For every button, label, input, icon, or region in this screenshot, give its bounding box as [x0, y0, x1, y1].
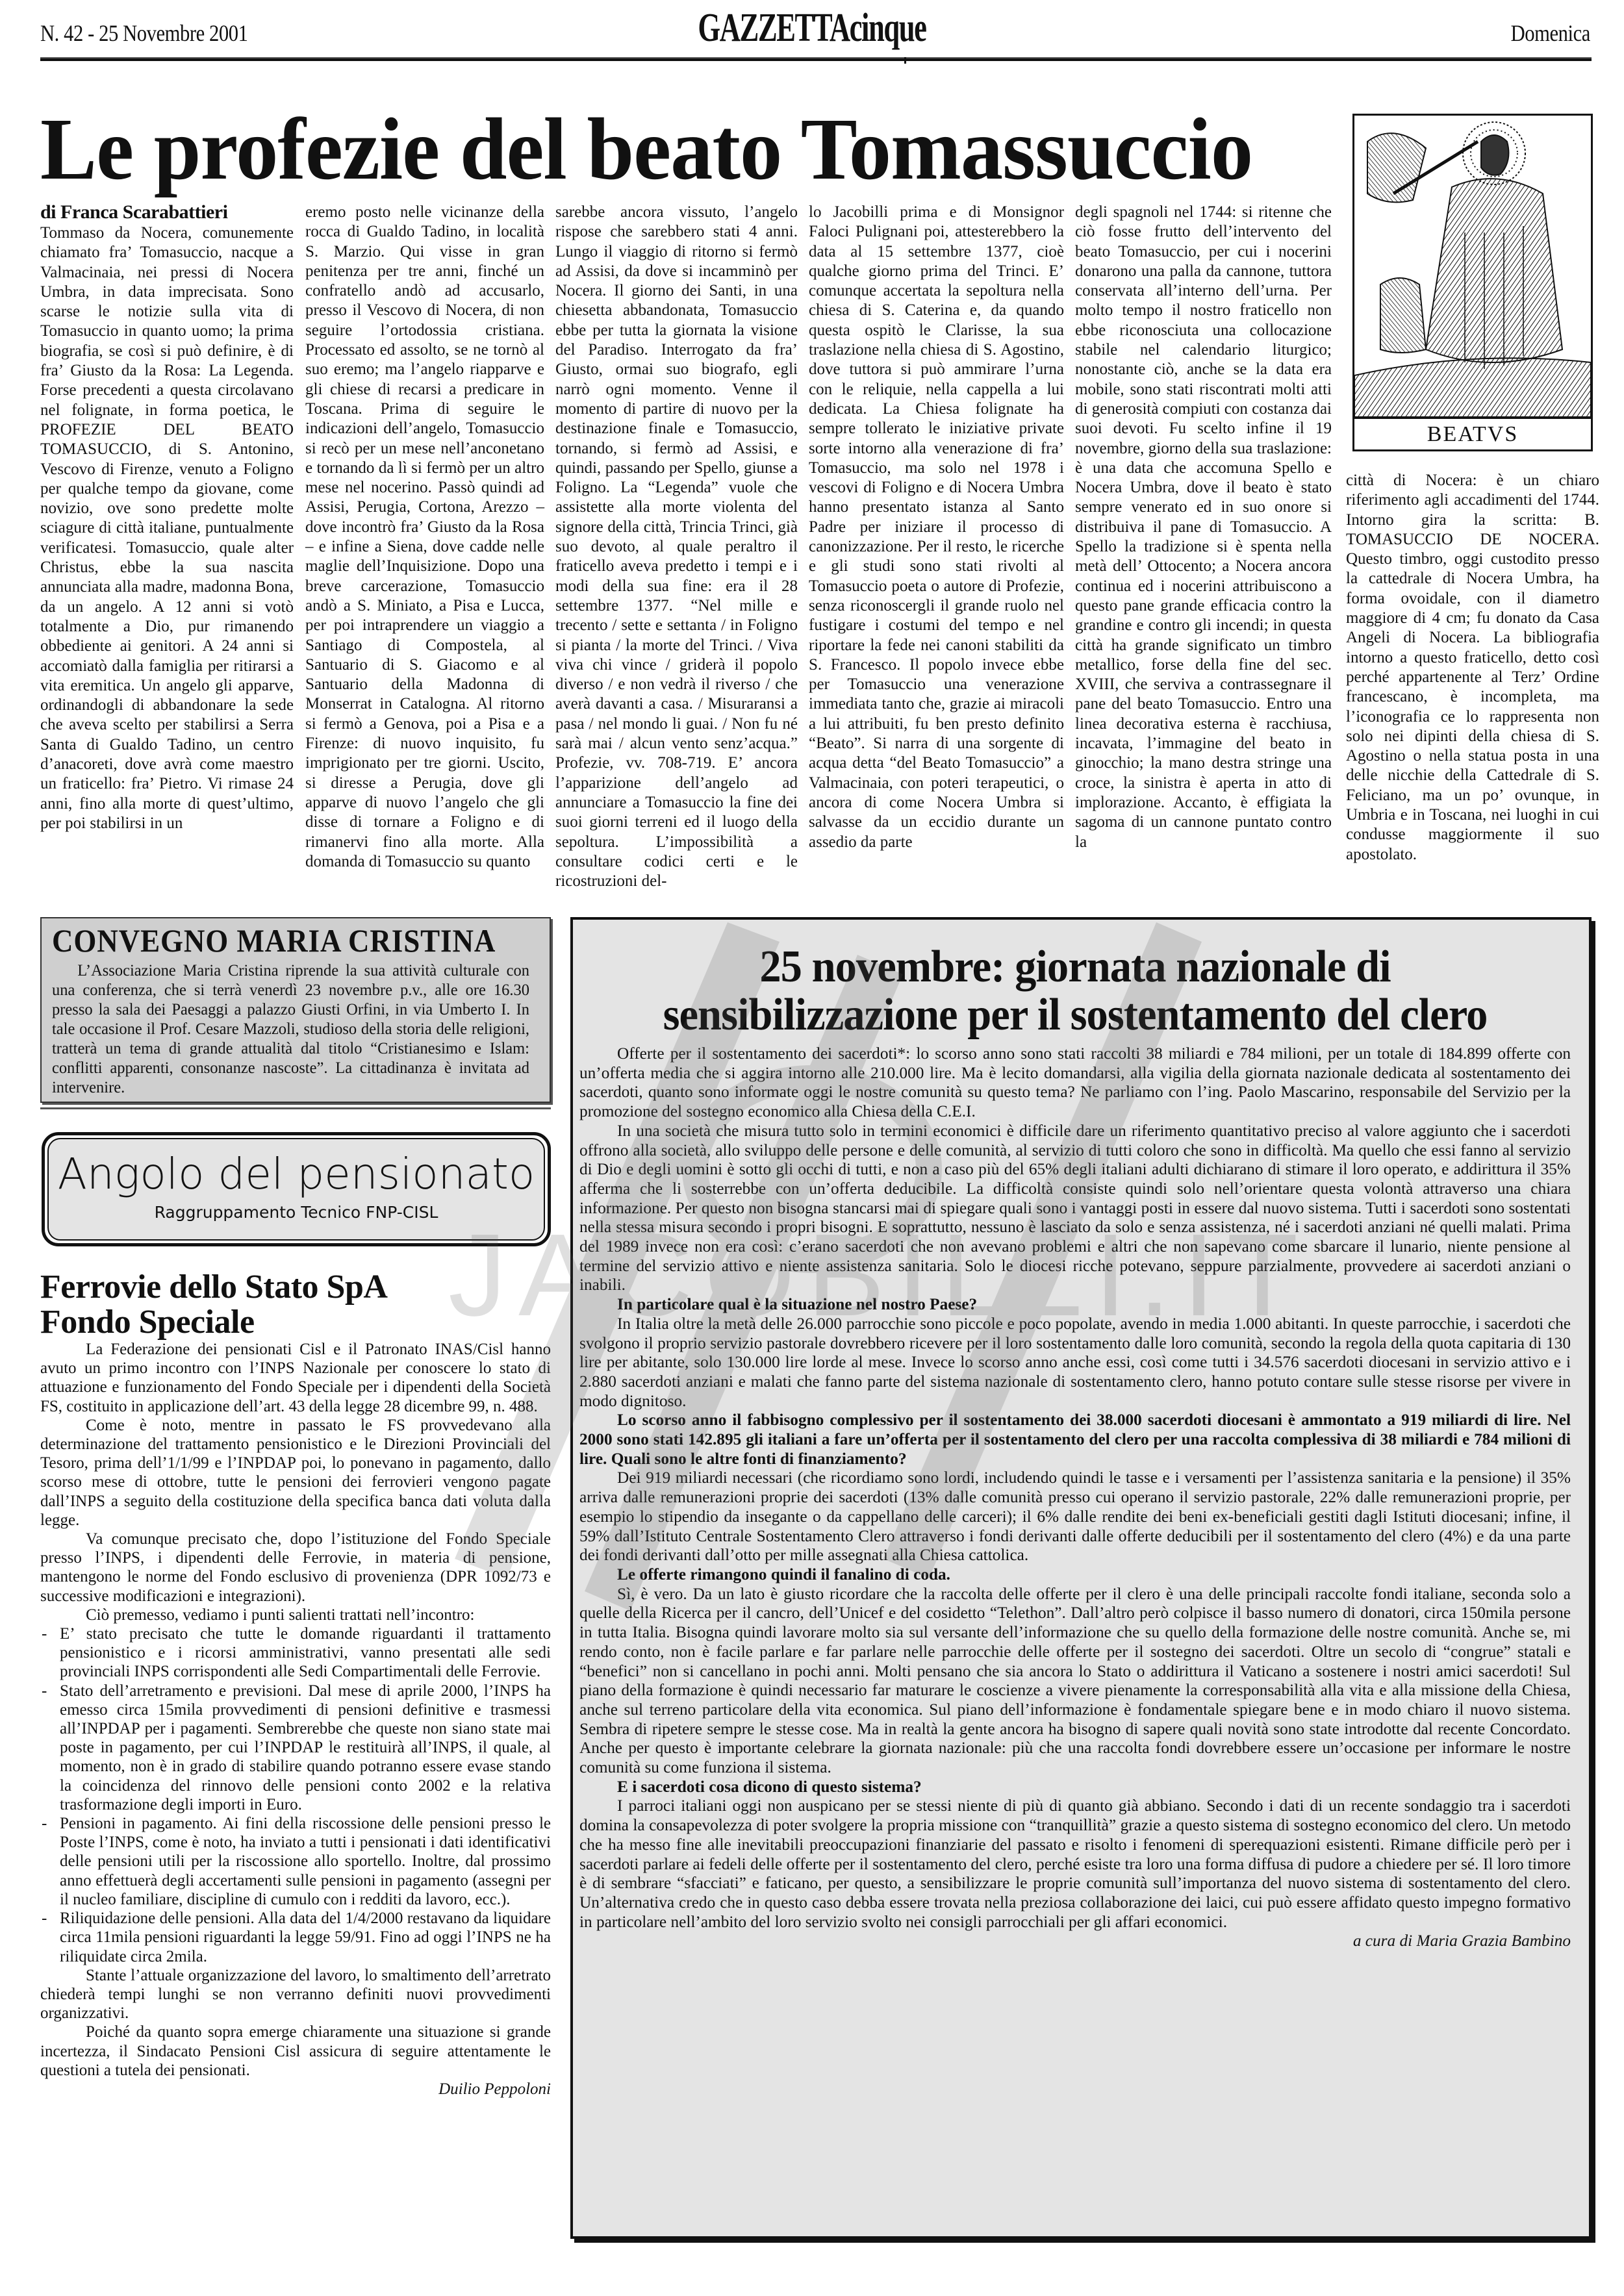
ferrovie-points-list: E’ stato precisato che tutte le domande … [40, 1624, 551, 1966]
newspaper-name: GAZZETTA [698, 6, 849, 50]
convegno-notice-box: CONVEGNO MARIA CRISTINA L’Associazione M… [40, 917, 551, 1103]
ferrovie-paragraph: Come è noto, mentre in passato le FS pro… [40, 1416, 551, 1530]
convegno-title: CONVEGNO MARIA CRISTINA [52, 922, 490, 959]
ferrovie-point: E’ stato precisato che tutte le domande … [40, 1624, 551, 1682]
clero-question: In particolare qual è la situazione nel … [579, 1295, 1571, 1315]
clero-question: E i sacerdoti cosa dicono di questo sist… [579, 1778, 1571, 1797]
ferrovie-paragraph: La Federazione dei pensionati Cisl e il … [40, 1340, 551, 1416]
lead-article-column-2: eremo posto nelle vicinanze della rocca … [305, 203, 544, 872]
woodcut-portrait-icon [1354, 116, 1591, 417]
issue-number-date: N. 42 - 25 Novembre 2001 [40, 19, 248, 47]
ferrovie-signature: Duilio Peppoloni [40, 2080, 551, 2099]
lead-headline: Le profezie del beato Tomassuccio [40, 104, 1275, 195]
ferrovie-point: Riliquidazione delle pensioni. Alla data… [40, 1909, 551, 1966]
lead-article-text: Tommaso da Nocera, comunemente chiamato … [40, 223, 294, 833]
ferrovie-paragraph: Stante l’attuale organizzazione del lavo… [40, 1966, 551, 2023]
lead-article-column-3: sarebbe ancora vissuto, l’angelo rispose… [555, 203, 798, 891]
clero-article-body: Offerte per il sostentamento dei sacerdo… [579, 1044, 1571, 1951]
ferrovie-article-body: La Federazione dei pensionati Cisl e il … [40, 1340, 551, 2099]
byline: di Franca Scarabattieri [40, 201, 294, 223]
ferrovie-headline: Ferrovie dello Stato SpA Fondo Speciale [40, 1270, 551, 1340]
lead-article-text: degli spagnoli nel 1744: si ritenne che … [1075, 203, 1332, 852]
clero-paragraph: Dei 919 miliardi necessari (che ricordia… [579, 1469, 1571, 1565]
woodcut-caption: BEATVS TOMASVTIVS [1354, 417, 1591, 449]
ferrovie-headline-line-1: Ferrovie dello Stato SpA [40, 1270, 551, 1305]
angolo-pensionato-banner: Angolo del pensionato Raggruppamento Tec… [42, 1132, 551, 1246]
lead-article-text: sarebbe ancora vissuto, l’angelo rispose… [555, 203, 798, 891]
clero-headline: 25 novembre: giornata nazionale di sensi… [604, 943, 1546, 1039]
lead-article-text: eremo posto nelle vicinanze della rocca … [305, 203, 544, 872]
angolo-subtitle: Raggruppamento Tecnico FNP-CISL [49, 1203, 544, 1222]
section-divider [40, 1107, 551, 1109]
clero-signature: a cura di Maria Grazia Bambino [579, 1932, 1571, 1951]
ferrovie-paragraph: Ciò premesso, vediamo i punti salienti t… [40, 1606, 551, 1624]
clero-paragraph: I parroci italiani oggi non auspicano pe… [579, 1797, 1571, 1932]
clero-paragraph: Offerte per il sostentamento dei sacerdo… [579, 1044, 1571, 1122]
lead-article-text: lo Jacobilli prima e di Monsignor Faloci… [809, 203, 1064, 852]
newspaper-title: GAZZETTAcinque [695, 5, 929, 51]
woodcut-figure: BEATVS TOMASVTIVS [1352, 114, 1593, 451]
lead-article-column-1: di Franca Scarabattieri Tommaso da Nocer… [40, 201, 294, 833]
lead-article-column-4: lo Jacobilli prima e di Monsignor Faloci… [809, 203, 1064, 852]
ferrovie-point: Stato dell’arretramento e previsioni. Da… [40, 1682, 551, 1814]
clero-headline-line-2: sensibilizzazione per il sostentamento d… [604, 991, 1546, 1039]
ferrovie-paragraph: Va comunque precisato che, dopo l’istitu… [40, 1530, 551, 1606]
clero-feature-box: 25 novembre: giornata nazionale di sensi… [570, 917, 1592, 2239]
clero-paragraph: In una società che misura tutto solo in … [579, 1122, 1571, 1295]
convegno-text: L’Associazione Maria Cristina riprende l… [52, 961, 529, 1098]
clero-question: Le offerte rimangono quindi il fanalino … [579, 1565, 1571, 1585]
angolo-title: Angolo del pensionato [49, 1139, 544, 1203]
masthead-rule [40, 57, 1592, 61]
clero-headline-line-1: 25 novembre: giornata nazionale di [604, 943, 1546, 991]
ferrovie-headline-line-2: Fondo Speciale [40, 1305, 551, 1340]
ferrovie-point: Pensioni in pagamento. Ai fini della ris… [40, 1814, 551, 1909]
masthead-rule-tick [904, 57, 906, 64]
clero-paragraph: In Italia oltre la metà delle 26.000 par… [579, 1315, 1571, 1411]
clero-paragraph: Sì, è vero. Da un lato è giusto ricordar… [579, 1585, 1571, 1778]
lead-article-column-5: degli spagnoli nel 1744: si ritenne che … [1075, 203, 1332, 852]
ferrovie-paragraph: Poiché da quanto sopra emerge chiarament… [40, 2023, 551, 2080]
lead-article-text: città di Nocera: è un chiaro riferimento… [1346, 471, 1599, 864]
newspaper-name-suffix: cinque [850, 6, 926, 50]
issue-day: Domenica [1511, 19, 1590, 47]
clero-question: Lo scorso anno il fabbisogno complessivo… [579, 1411, 1571, 1469]
lead-article-column-6: città di Nocera: è un chiaro riferimento… [1346, 471, 1599, 864]
